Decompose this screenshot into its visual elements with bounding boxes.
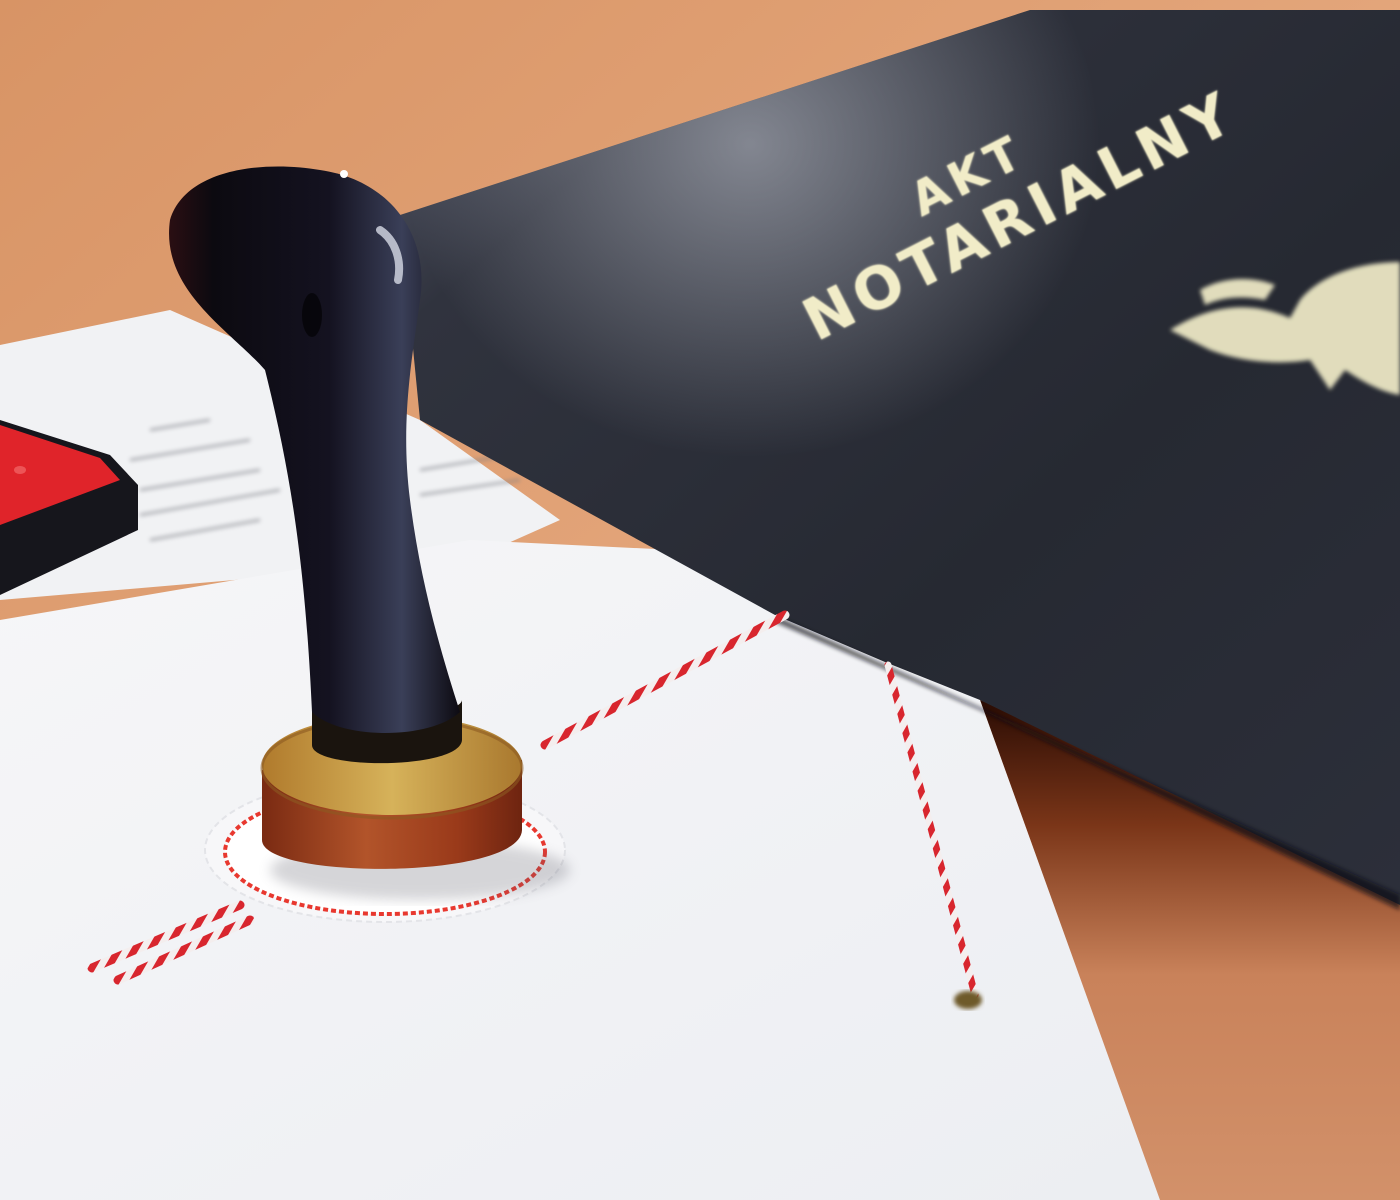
photo-scene [0, 0, 1400, 1200]
